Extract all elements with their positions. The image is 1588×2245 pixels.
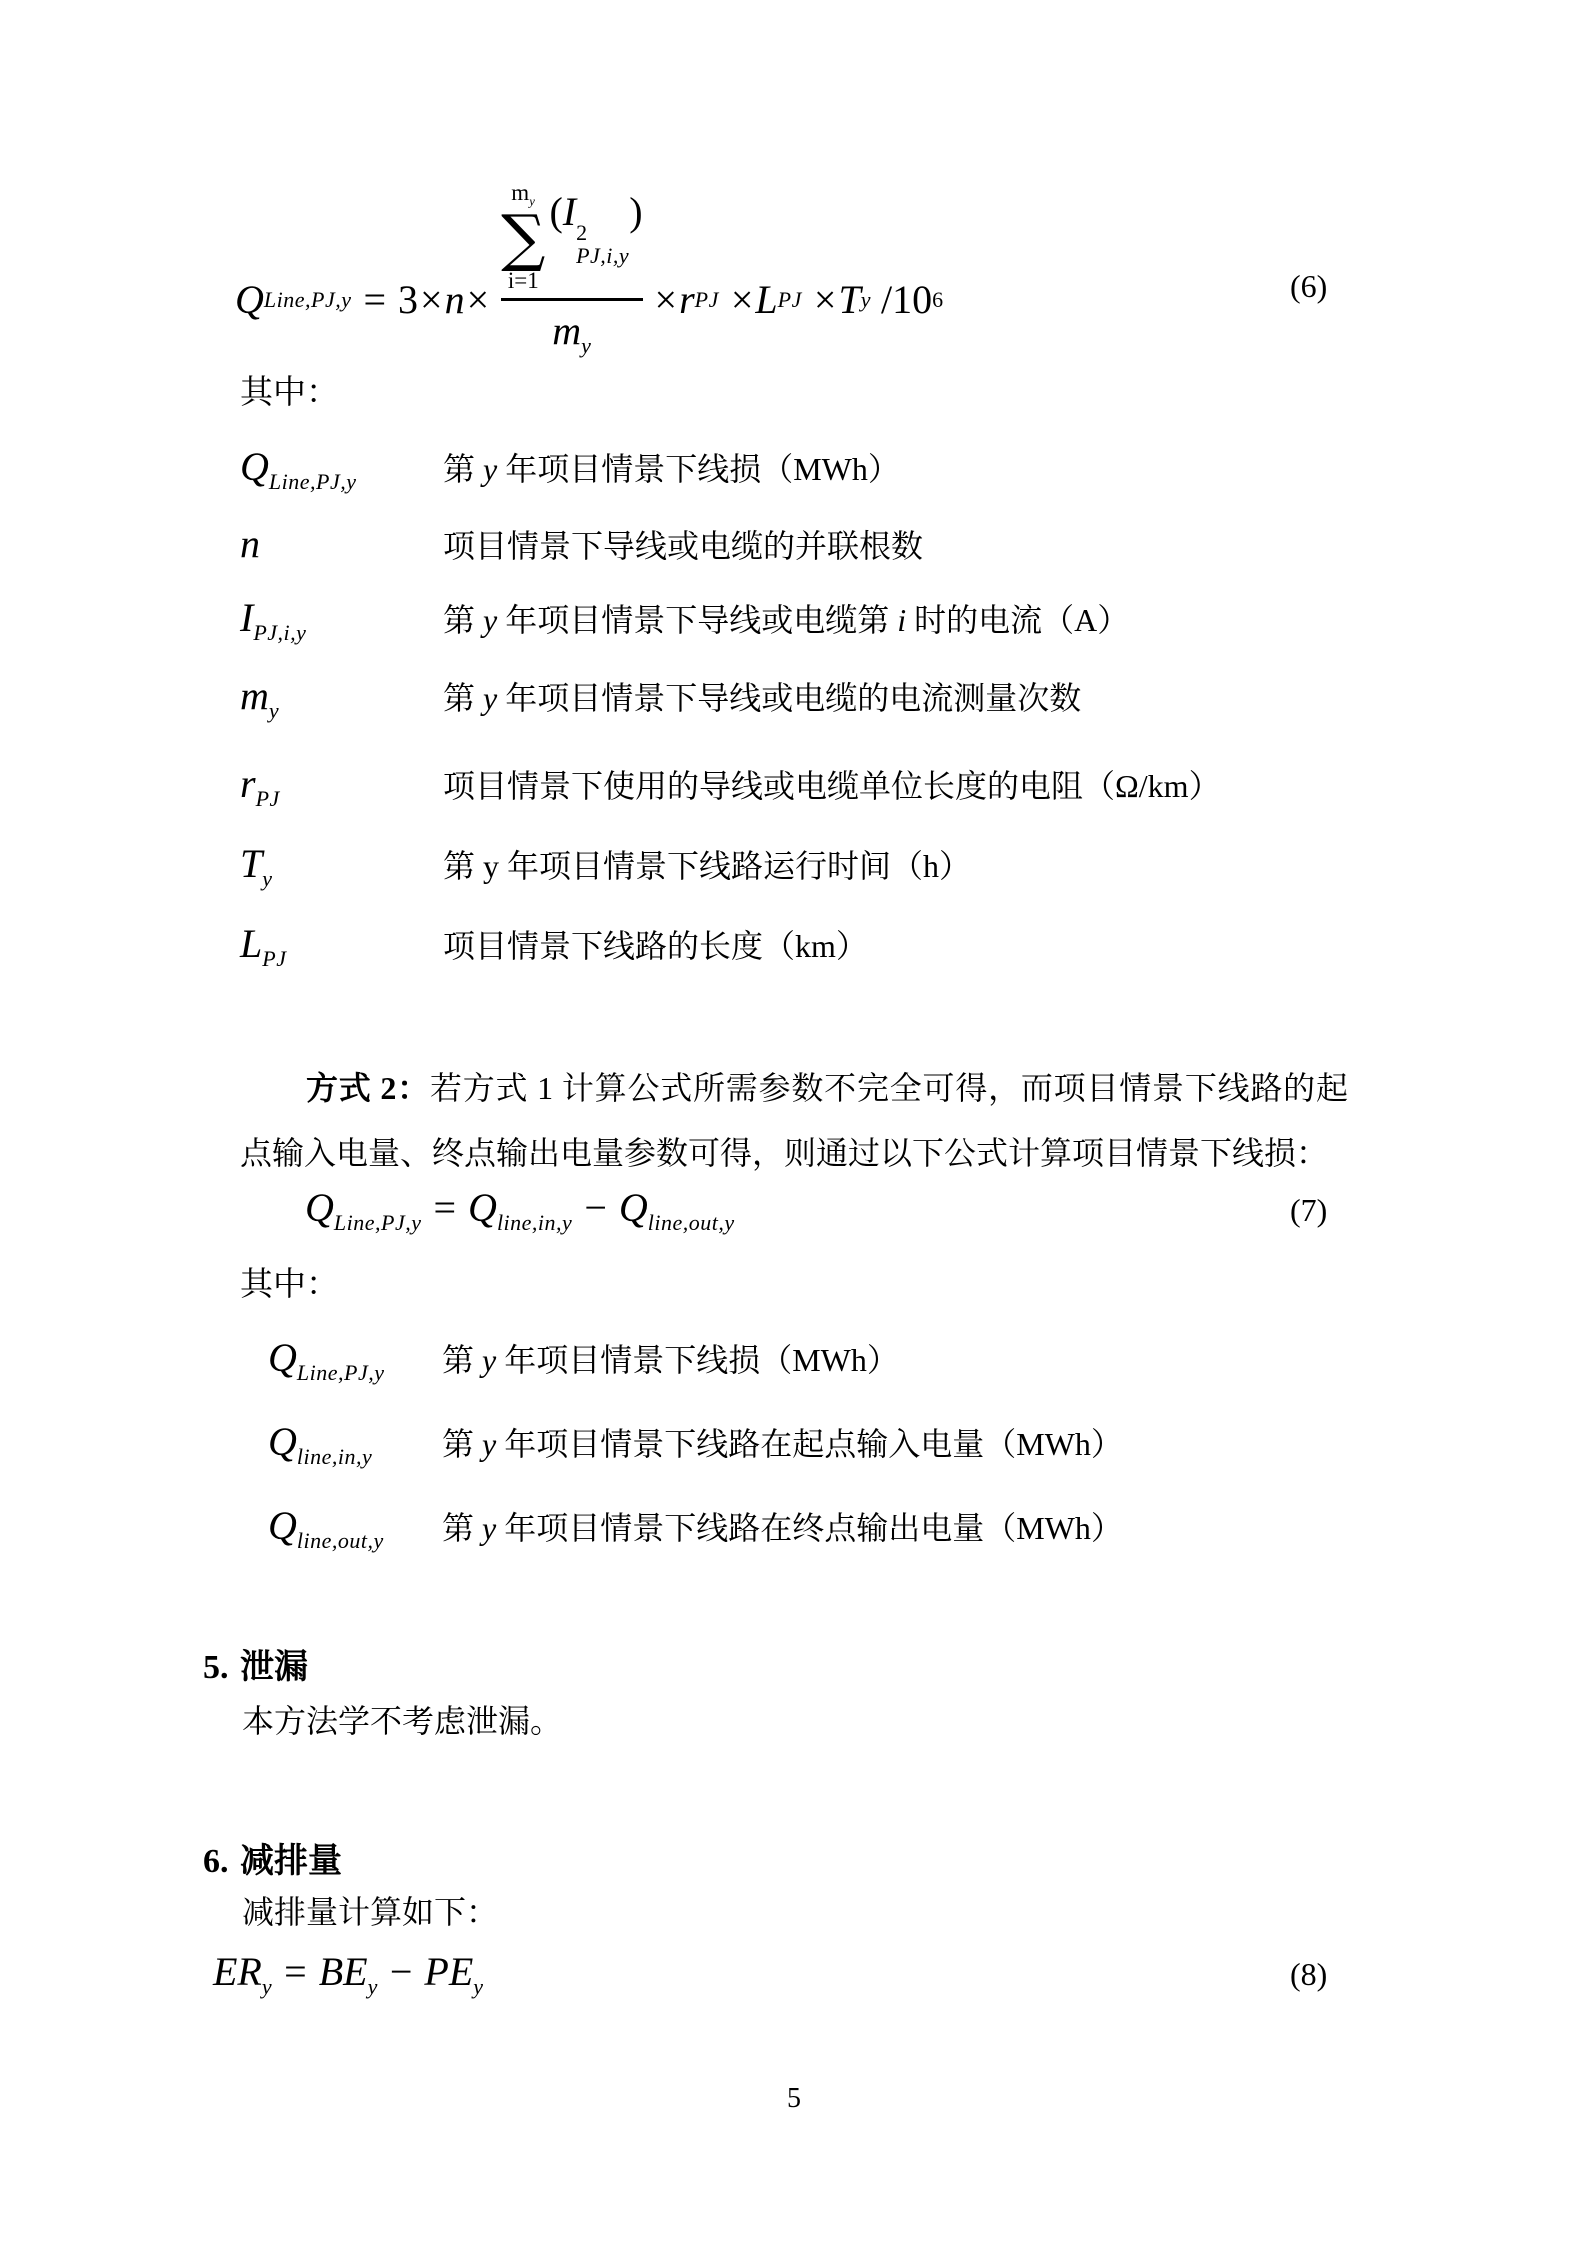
token: 第 y 年项目情景下线路运行时间（h）: [443, 848, 971, 884]
token: PJ: [262, 946, 286, 971]
token: −: [572, 1185, 619, 1230]
token: 第: [442, 1426, 482, 1462]
equation-7: QLine,PJ,y = Qline,in,y − Qline,out,y: [305, 1184, 735, 1236]
page-number: 5: [0, 2083, 1588, 2115]
definition-row: Qline,out,y 第 y 年项目情景下线路在终点输出电量（MWh）: [268, 1502, 1123, 1554]
token: PE: [424, 1949, 473, 1994]
token: Q: [468, 1185, 497, 1230]
token: n: [445, 276, 465, 323]
token: 第: [443, 602, 483, 638]
token: 年项目情景下线路在起点输入电量（MWh）: [496, 1426, 1123, 1462]
token: Line,PJ,y: [269, 469, 357, 494]
definition-row: QLine,PJ,y 第 y 年项目情景下线损（MWh）: [268, 1334, 899, 1386]
symbol: IPJ,i,y: [240, 594, 443, 646]
token: y: [262, 1974, 272, 1999]
where-label-1: 其中：: [240, 371, 339, 416]
token: I: [563, 189, 576, 234]
where-label-2: 其中：: [240, 1263, 339, 1308]
definition-row: Ty 第 y 年项目情景下线路运行时间（h）: [240, 840, 971, 892]
token: y: [473, 1974, 483, 1999]
token: 第: [443, 680, 483, 716]
token: 3: [398, 276, 418, 323]
section-5-body: 本方法学不考虑泄漏。: [242, 1700, 562, 1743]
equation-6: QLine,PJ,y = 3×n×my∑i=1(I2PJ,i,y)my×rPJ …: [235, 210, 943, 390]
symbol-description: 第 y 年项目情景下导线或电缆第 i 时的电流（A）: [443, 595, 1129, 641]
token: PJ,i,y: [253, 620, 306, 645]
token: i: [897, 602, 906, 638]
equation-8-number: (8): [1290, 1956, 1327, 1993]
token: Line,PJ,y: [264, 287, 352, 313]
token: 第: [442, 1342, 482, 1378]
token: PJ: [256, 786, 280, 811]
token: 项目情景下导线或电缆的并联根数: [443, 528, 923, 564]
symbol-description: 第 y 年项目情景下线路运行时间（h）: [443, 841, 971, 887]
token: ×: [802, 276, 839, 323]
token: y: [483, 602, 497, 638]
token: Q: [235, 276, 264, 323]
symbol: QLine,PJ,y: [240, 443, 443, 495]
token: line,out,y: [297, 1528, 384, 1553]
token: I: [240, 595, 253, 640]
token: 6: [932, 287, 943, 313]
token: Q: [268, 1419, 297, 1464]
symbol-description: 第 y 年项目情景下线损（MWh）: [442, 1335, 899, 1381]
subscript: PJ,i,y: [576, 244, 629, 267]
section-5-heading: 5.泄漏: [203, 1639, 308, 1688]
symbol: my: [240, 672, 443, 724]
sum-lower-limit: i=1: [508, 268, 539, 293]
token: 项目情景下线路的长度（km）: [443, 928, 868, 964]
token: T: [240, 841, 262, 886]
token: y: [269, 698, 279, 723]
token: ×: [418, 276, 445, 323]
symbol-description: 项目情景下使用的导线或电缆单位长度的电阻（Ω/km）: [443, 761, 1221, 807]
document-page: QLine,PJ,y = 3×n×my∑i=1(I2PJ,i,y)my×rPJ …: [0, 0, 1588, 2245]
symbol: LPJ: [240, 920, 443, 972]
token: y: [483, 451, 497, 487]
token: 年项目情景下导线或电缆第: [497, 602, 897, 638]
section-5-number: 5.: [203, 1649, 240, 1687]
symbol-description: 第 y 年项目情景下线路在起点输入电量（MWh）: [442, 1419, 1123, 1465]
token: ): [629, 189, 642, 234]
token: (: [549, 189, 562, 234]
definition-row: my 第 y 年项目情景下导线或电缆的电流测量次数: [240, 672, 1081, 724]
token: 年项目情景下线路在终点输出电量（MWh）: [496, 1510, 1123, 1546]
definition-row: LPJ 项目情景下线路的长度（km）: [240, 920, 868, 972]
symbol-description: 第 y 年项目情景下线损（MWh）: [443, 444, 900, 490]
token: line,in,y: [497, 1210, 572, 1235]
token: y: [482, 1426, 496, 1462]
token: Q: [240, 444, 269, 489]
symbol-description: 项目情景下线路的长度（km）: [443, 921, 868, 967]
token: L: [240, 921, 262, 966]
symbol-description: 项目情景下导线或电缆的并联根数: [443, 521, 923, 567]
token: /10: [871, 276, 932, 323]
token: Line,PJ,y: [297, 1360, 385, 1385]
token: ×: [719, 276, 756, 323]
token: i=1: [508, 268, 539, 293]
token: m: [552, 308, 581, 353]
numerator-terms: (I2PJ,i,y): [549, 188, 642, 268]
token: 第: [442, 1510, 482, 1546]
token: y: [368, 1974, 378, 1999]
token: r: [240, 761, 256, 806]
definition-row: n 项目情景下导线或电缆的并联根数: [240, 520, 923, 567]
token: Line,PJ,y: [334, 1210, 422, 1235]
token: 时的电流（A）: [906, 602, 1129, 638]
token: n: [240, 521, 260, 566]
fraction-bar: [501, 298, 642, 301]
token: r: [679, 276, 695, 323]
token: PJ: [778, 287, 802, 313]
token: Q: [619, 1185, 648, 1230]
sigma-symbol: ∑: [501, 209, 545, 268]
token: line,in,y: [297, 1444, 372, 1469]
method2-lead: 方式 2：: [306, 1070, 430, 1106]
symbol-description: 第 y 年项目情景下导线或电缆的电流测量次数: [443, 673, 1081, 719]
token: 年项目情景下导线或电缆的电流测量次数: [497, 680, 1081, 716]
summation: my∑i=1: [501, 180, 545, 293]
section-6-body: 减排量计算如下：: [242, 1891, 498, 1934]
symbol: rPJ: [240, 760, 443, 812]
token: ER: [213, 1949, 262, 1994]
equation-7-number: (7): [1290, 1192, 1327, 1229]
definition-row: rPJ 项目情景下使用的导线或电缆单位长度的电阻（Ω/km）: [240, 760, 1221, 812]
symbol: Qline,in,y: [268, 1418, 442, 1470]
numerator: my∑i=1(I2PJ,i,y): [501, 180, 642, 293]
equation-6-number: (6): [1290, 268, 1327, 305]
symbol: Qline,out,y: [268, 1502, 442, 1554]
token: 第: [443, 451, 483, 487]
superscript-subscript: 2PJ,i,y: [576, 221, 629, 267]
section-5-title: 泄漏: [240, 1649, 308, 1686]
token: y: [482, 1510, 496, 1546]
method2-paragraph: 方式 2：若方式 1 计算公式所需参数不完全可得，而项目情景下线路的起点输入电量…: [240, 1056, 1348, 1186]
symbol: n: [240, 520, 443, 567]
token: ×: [465, 276, 492, 323]
token: T: [838, 276, 860, 323]
token: y: [262, 866, 272, 891]
token: =: [351, 276, 398, 323]
definition-row: QLine,PJ,y 第 y 年项目情景下线损（MWh）: [240, 443, 900, 495]
token: y: [861, 287, 871, 313]
token: −: [378, 1949, 425, 1994]
equation-8: ERy = BEy − PEy: [213, 1948, 484, 2000]
token: y: [482, 1342, 496, 1378]
superscript: 2: [576, 221, 587, 244]
token: BE: [319, 1949, 368, 1994]
definition-row: Qline,in,y 第 y 年项目情景下线路在起点输入电量（MWh）: [268, 1418, 1123, 1470]
fraction: my∑i=1(I2PJ,i,y)my: [501, 180, 642, 360]
token: Q: [268, 1335, 297, 1380]
token: m: [240, 673, 269, 718]
token: 项目情景下使用的导线或电缆单位长度的电阻（Ω/km）: [443, 768, 1221, 804]
token: Q: [268, 1503, 297, 1548]
section-6-title: 减排量: [240, 1843, 342, 1880]
token: 年项目情景下线损（MWh）: [496, 1342, 899, 1378]
definition-row: IPJ,i,y 第 y 年项目情景下导线或电缆第 i 时的电流（A）: [240, 594, 1129, 646]
token: PJ: [695, 287, 719, 313]
token: y: [483, 680, 497, 716]
token: L: [755, 276, 777, 323]
symbol: Ty: [240, 840, 443, 892]
token: =: [421, 1185, 468, 1230]
token: Q: [305, 1185, 334, 1230]
denominator: my: [552, 307, 591, 359]
symbol-description: 第 y 年项目情景下线路在终点输出电量（MWh）: [442, 1503, 1123, 1549]
token: y: [581, 334, 591, 359]
section-6-number: 6.: [203, 1843, 240, 1881]
section-6-heading: 6.减排量: [203, 1833, 342, 1882]
token: =: [272, 1949, 319, 1994]
token: ×: [653, 276, 680, 323]
symbol: QLine,PJ,y: [268, 1334, 442, 1386]
token: 年项目情景下线损（MWh）: [497, 451, 900, 487]
token: line,out,y: [648, 1210, 735, 1235]
